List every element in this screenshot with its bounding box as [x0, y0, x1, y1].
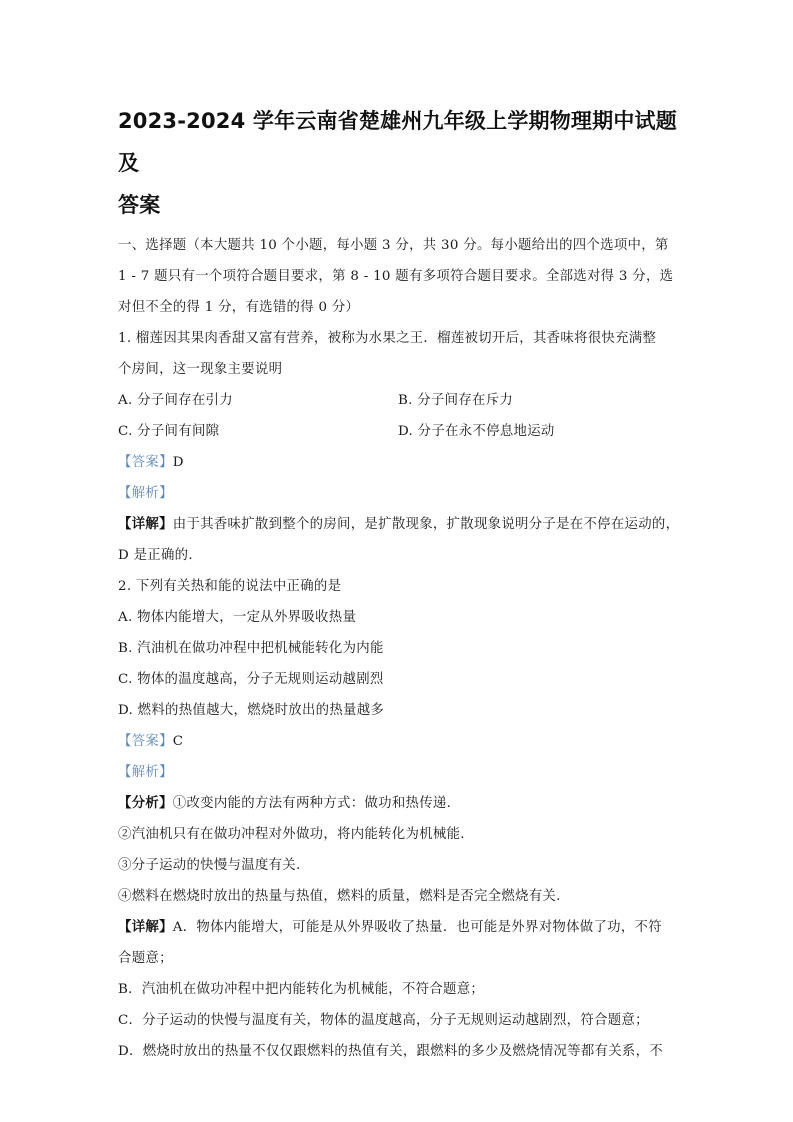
detail-line: 【详解】由于其香味扩散到整个的房间，是扩散现象，扩散现象说明分子是在不停在运动的… — [118, 509, 678, 540]
question-stem: 1. 榴莲因其果肉香甜又富有营养，被称为水果之王．榴莲被切开后，其香味将很快充满… — [118, 323, 678, 354]
fenxi-text: ①改变内能的方法有两种方式：做功和热传递. — [173, 796, 451, 811]
answer-label: 【答案】 — [118, 734, 173, 749]
detail-text: 由于其香味扩散到整个的房间，是扩散现象，扩散现象说明分子是在不停在运动的， — [173, 517, 680, 532]
option-d: D. 分子在永不停息地运动 — [398, 416, 678, 447]
section-line: 对但不全的得 1 分，有选错的得 0 分） — [118, 292, 678, 323]
question-stem: 2. 下列有关热和能的说法中正确的是 — [118, 571, 678, 602]
section-line: 一、选择题（本大题共 10 个小题，每小题 3 分，共 30 分。每小题给出的四… — [118, 230, 678, 261]
detail-line: 合题意； — [118, 943, 678, 974]
answer-line: 【答案】D — [118, 447, 678, 478]
title-line-1: 2023-2024 学年云南省楚雄州九年级上学期物理期中试题及 — [118, 100, 678, 184]
options-row: A. 分子间存在引力 B. 分子间存在斥力 — [118, 385, 678, 416]
answer-value: D — [173, 455, 184, 470]
question-2: 2. 下列有关热和能的说法中正确的是 A. 物体内能增大，一定从外界吸收热量 B… — [118, 571, 678, 1067]
answer-value: C — [173, 734, 184, 749]
detail-line: D 是正确的. — [118, 540, 678, 571]
document-title: 2023-2024 学年云南省楚雄州九年级上学期物理期中试题及 答案 — [118, 100, 678, 226]
option-c: C. 分子间有间隙 — [118, 416, 398, 447]
fenxi-line: ②汽油机只有在做功冲程对外做功，将内能转化为机械能. — [118, 819, 678, 850]
option-b: B. 汽油机在做功冲程中把机械能转化为内能 — [118, 633, 678, 664]
fenxi-line: ④燃料在燃烧时放出的热量与热值，燃料的质量，燃料是否完全燃烧有关. — [118, 881, 678, 912]
answer-label: 【答案】 — [118, 455, 173, 470]
analysis-line: 【解析】 — [118, 757, 678, 788]
fenxi-line: 【分析】①改变内能的方法有两种方式：做功和热传递. — [118, 788, 678, 819]
detail-line: D．燃烧时放出的热量不仅仅跟燃料的热值有关，跟燃料的多少及燃烧情况等都有关系，不 — [118, 1036, 678, 1067]
option-d: D. 燃料的热值越大，燃烧时放出的热量越多 — [118, 695, 678, 726]
section-line: 1 - 7 题只有一个项符合题目要求，第 8 - 10 题有多项符合题目要求。全… — [118, 261, 678, 292]
options-row: C. 分子间有间隙 D. 分子在永不停息地运动 — [118, 416, 678, 447]
option-a: A. 分子间存在引力 — [118, 385, 398, 416]
option-c: C. 物体的温度越高，分子无规则运动越剧烈 — [118, 664, 678, 695]
title-line-2: 答案 — [118, 184, 678, 226]
analysis-label: 【解析】 — [118, 765, 173, 780]
fenxi-label: 【分析】 — [118, 795, 173, 811]
question-stem: 个房间，这一现象主要说明 — [118, 354, 678, 385]
detail-line: C．分子运动的快慢与温度有关，物体的温度越高，分子无规则运动越剧烈，符合题意； — [118, 1005, 678, 1036]
answer-line: 【答案】C — [118, 726, 678, 757]
fenxi-line: ③分子运动的快慢与温度有关. — [118, 850, 678, 881]
detail-line: 【详解】A．物体内能增大，可能是从外界吸收了热量．也可能是外界对物体做了功，不符 — [118, 912, 678, 943]
option-a: A. 物体内能增大，一定从外界吸收热量 — [118, 602, 678, 633]
document-page: 2023-2024 学年云南省楚雄州九年级上学期物理期中试题及 答案 一、选择题… — [118, 100, 678, 1067]
detail-line: B．汽油机在做功冲程中把内能转化为机械能，不符合题意； — [118, 974, 678, 1005]
analysis-line: 【解析】 — [118, 478, 678, 509]
analysis-label: 【解析】 — [118, 486, 173, 501]
detail-text: A．物体内能增大，可能是从外界吸收了热量．也可能是外界对物体做了功，不符 — [173, 920, 662, 935]
detail-label: 【详解】 — [118, 516, 173, 532]
detail-label: 【详解】 — [118, 919, 173, 935]
option-b: B. 分子间存在斥力 — [398, 385, 678, 416]
section-instructions: 一、选择题（本大题共 10 个小题，每小题 3 分，共 30 分。每小题给出的四… — [118, 230, 678, 323]
question-1: 1. 榴莲因其果肉香甜又富有营养，被称为水果之王．榴莲被切开后，其香味将很快充满… — [118, 323, 678, 571]
